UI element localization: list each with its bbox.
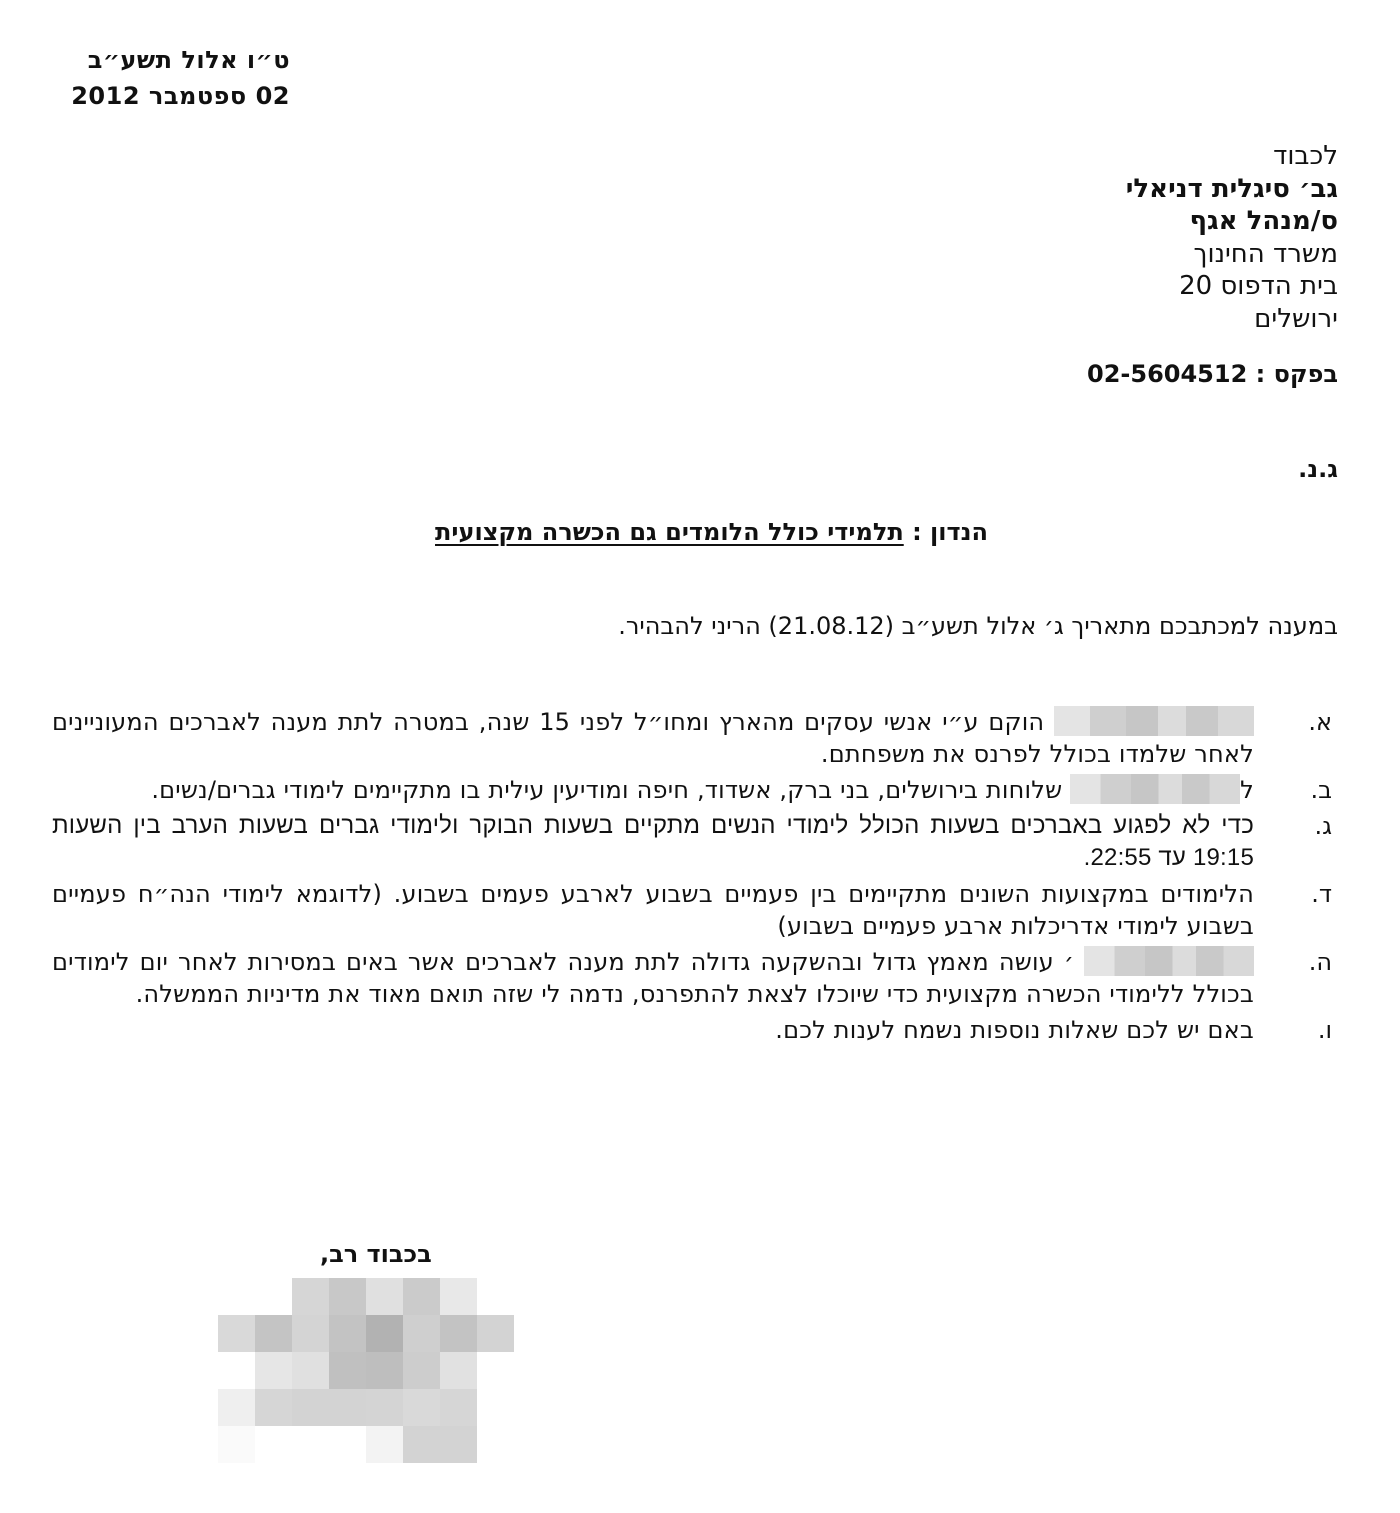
fax-number: 02-5604512 (1087, 360, 1247, 388)
list-item: ב. ל שלוחות בירושלים, בני ברק, אשדוד, חי… (52, 774, 1338, 806)
redacted-name (1054, 706, 1254, 736)
redacted-name (1084, 946, 1254, 976)
list-item: ו. באם יש לכם שאלות נוספות נשמח לענות לכ… (52, 1014, 1338, 1046)
list-item-letter: ה. (1282, 946, 1338, 1010)
redacted-name (1070, 774, 1240, 804)
list-item-letter: ד. (1282, 878, 1338, 942)
list-item-text: ל שלוחות בירושלים, בני ברק, אשדוד, חיפה … (52, 774, 1282, 806)
greeting: ג.נ. (1298, 455, 1338, 483)
list-item-text: ׳ עושה מאמץ גדול ובהשקעה גדולה לתת מענה … (52, 946, 1282, 1010)
closing: בכבוד רב, (320, 1240, 432, 1268)
recipient-office: משרד החינוך (918, 238, 1338, 271)
subject-text: תלמידי כולל הלומדים גם הכשרה מקצועית (435, 518, 904, 546)
list-item-text: באם יש לכם שאלות נוספות נשמח לענות לכם. (52, 1014, 1282, 1046)
subject-label: הנדון : (912, 518, 988, 546)
list-item-text: הלימודים במקצועות השונים מתקיימים בין פע… (52, 878, 1282, 942)
subject-line: הנדון : תלמידי כולל הלומדים גם הכשרה מקצ… (435, 518, 988, 546)
gregorian-date: 02 ספטמבר 2012 (70, 78, 290, 114)
recipient-title: ס/מנהל אגף (918, 205, 1338, 238)
list-item-letter: ו. (1282, 1014, 1338, 1046)
recipient-street: בית הדפוס 20 (918, 270, 1338, 303)
recipient-city: ירושלים (918, 303, 1338, 336)
list-item-letter: ג. (1282, 810, 1338, 874)
hebrew-date: ט״ו אלול תשע״ב (70, 42, 290, 78)
fax-label: בפקס : (1256, 360, 1338, 388)
list-item: ד. הלימודים במקצועות השונים מתקיימים בין… (52, 878, 1338, 942)
list-item: א. הוקם ע״י אנשי עסקים מהארץ ומחו״ל לפני… (52, 706, 1338, 770)
list-item-letter: א. (1282, 706, 1338, 770)
letter-date: ט״ו אלול תשע״ב 02 ספטמבר 2012 (70, 42, 290, 114)
fax-line: בפקס : 02-5604512 (1087, 360, 1338, 388)
recipient-name: גב׳ סיגלית דניאלי (918, 173, 1338, 206)
list-item-letter: ב. (1282, 774, 1338, 806)
list-item-text: כדי לא לפגוע באברכים בשעות הכולל לימודי … (52, 810, 1282, 874)
list-item-text: הוקם ע״י אנשי עסקים מהארץ ומחו״ל לפני 15… (52, 706, 1282, 770)
intro-paragraph: במענה למכתבכם מתאריך ג׳ אלול תשע״ב (21.0… (618, 612, 1338, 640)
redacted-signature (218, 1278, 513, 1463)
recipient-address: לכבוד גב׳ סיגלית דניאלי ס/מנהל אגף משרד … (918, 140, 1338, 335)
list-item: ג. כדי לא לפגוע באברכים בשעות הכולל לימו… (52, 810, 1338, 874)
recipient-salutation: לכבוד (918, 140, 1338, 173)
numbered-list: א. הוקם ע״י אנשי עסקים מהארץ ומחו״ל לפני… (52, 706, 1338, 1050)
list-item: ה. ׳ עושה מאמץ גדול ובהשקעה גדולה לתת מע… (52, 946, 1338, 1010)
